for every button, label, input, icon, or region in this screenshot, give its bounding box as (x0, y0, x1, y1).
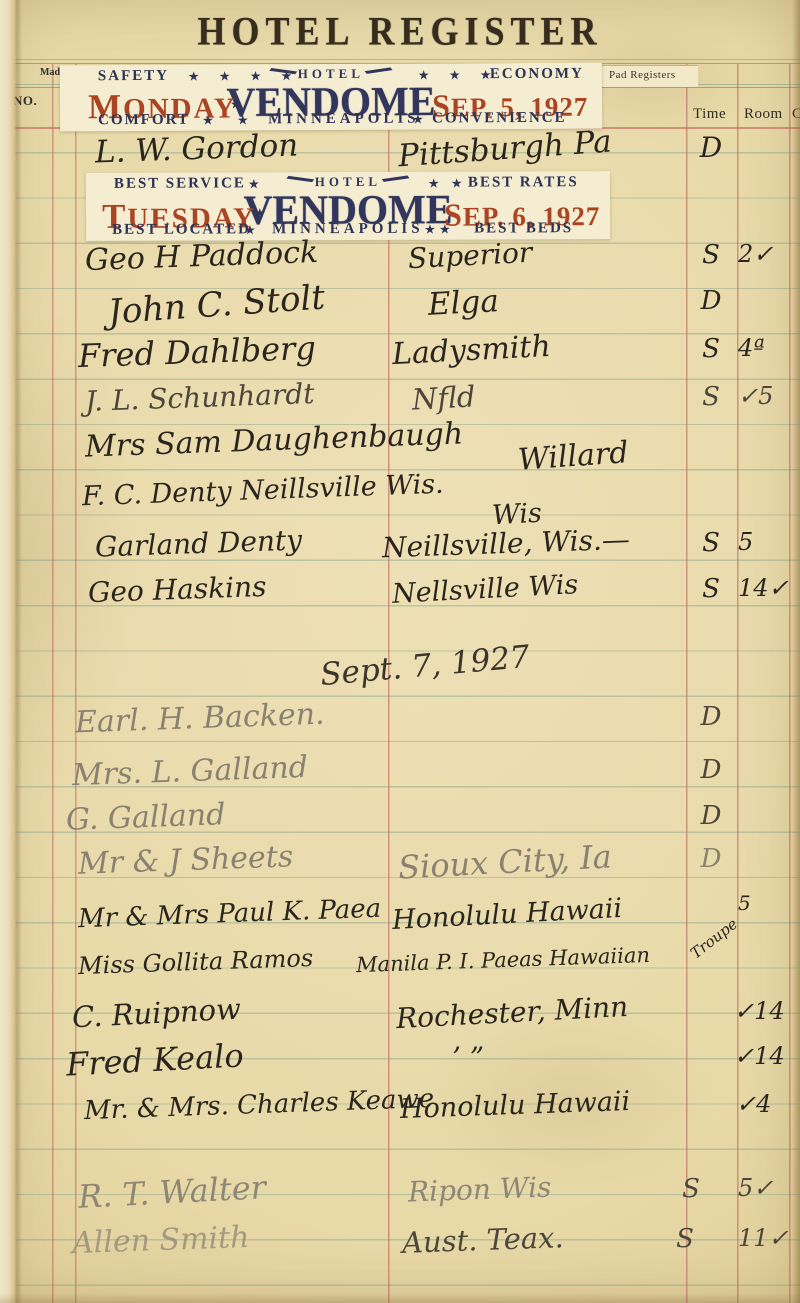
register-row: John C. Stolt Elga D (0, 288, 800, 336)
guest-name: C. Ruipnow (71, 995, 241, 1033)
stamp-star: ★ (412, 112, 424, 128)
guest-name: Fred Dahlberg (78, 332, 317, 372)
guest-city: Neillsville, Wis.— (382, 526, 631, 563)
time-entry: S (688, 242, 734, 268)
register-row: Mr. & Mrs. Charles Keawe Honolulu Hawaii… (0, 1092, 800, 1140)
monday-date-stamp: SAFETY ★ ★ ★ ★ HOTEL VENDOME ★ ★ ★ ECONO… (60, 63, 602, 132)
room-entry: ✓14 (734, 999, 788, 1023)
time-entry: D (688, 846, 734, 872)
guest-name: Miss Gollita Ramos (78, 946, 314, 978)
time-entry: S (688, 530, 734, 556)
register-row: R. T. Walter Ripon Wis S 5✓ (0, 1176, 800, 1224)
guest-name: Garland Denty (95, 526, 303, 561)
guest-name: Geo Haskins (88, 573, 267, 607)
ledger-rule-line (0, 59, 800, 60)
time-entry: S (688, 336, 734, 362)
guest-city: Nellsville Wis (391, 571, 578, 608)
room-entry: ✓14 (734, 1044, 788, 1068)
stamp-slogan: COMFORT (98, 112, 190, 129)
time-entry: S (688, 576, 734, 602)
register-row: Allen Smith Aust. Teax. S 11✓ (0, 1226, 800, 1274)
register-row: Mrs Sam Daughenbaugh Willard (0, 426, 800, 474)
room-entry: 4ª (738, 336, 792, 360)
room-entry: 5✓ (738, 1176, 792, 1200)
time-entry: S (688, 384, 734, 410)
register-row: F. C. Denty Neillsville Wis. Wis (0, 477, 800, 525)
time-column-header: Time (693, 106, 726, 123)
guest-city: Honolulu Hawaii (400, 1088, 631, 1123)
room-entry: 5 (738, 530, 792, 554)
guest-name: John C. Stolt (107, 280, 326, 329)
register-row: Fred Dahlberg Ladysmith S 4ª (0, 336, 800, 384)
guest-name: Mr & J Sheets (78, 842, 294, 879)
stamp-slogan: SAFETY (98, 68, 169, 85)
stamp-stars: ★ ★ (424, 222, 451, 238)
time-entry: D (688, 757, 734, 783)
stamp-star: ★ (244, 222, 256, 238)
guest-city: Wis (491, 500, 542, 530)
register-row: Mr & Mrs Paul K. Paea Honolulu Hawaii 5 (0, 901, 800, 949)
guest-city: Nfld (411, 382, 476, 414)
register-row: Geo H Paddock Superior S 2✓ (0, 242, 800, 290)
room-entry: 5 (738, 893, 792, 913)
stamp-star: ★ (230, 96, 242, 112)
pad-registers-strip: Pad Registers (602, 65, 698, 87)
register-row: G. Galland D (0, 803, 800, 851)
room-column-header: Room (744, 106, 783, 123)
room-entry: ✓4 (736, 1092, 790, 1116)
time-entry: D (688, 288, 734, 314)
register-row: Garland Denty Neillsville, Wis.— S 5 (0, 530, 800, 578)
guest-city: Aust. Teax. (402, 1223, 565, 1258)
guest-city: Rochester, Minn (395, 993, 628, 1033)
page-bottom-edge (0, 1293, 800, 1303)
guest-name: Mr. & Mrs. Charles Keawe (84, 1086, 435, 1124)
room-entry: 14✓ (738, 576, 792, 600)
stamp-slogan: ECONOMY (490, 66, 584, 83)
stamp-stars: ★ ★ (202, 112, 259, 128)
time-entry: S (668, 1176, 714, 1202)
guest-city: Ladysmith (391, 332, 551, 370)
guest-city: Ripon Wis (408, 1174, 552, 1207)
guest-name: Fred Kealo (65, 1039, 244, 1080)
page-right-edge (792, 0, 800, 1303)
guest-name: L. W. Gordon (95, 130, 299, 168)
register-row: L. W. Gordon Pittsburgh Pa D (0, 134, 800, 182)
room-entry: 2✓ (738, 242, 792, 266)
stamp-city: MINNEAPOLIS (268, 111, 420, 129)
stamp-star: ★ (254, 205, 266, 221)
stamp-slogan: CONVENIENCE (432, 110, 567, 128)
guest-name: Earl. H. Backen. (75, 700, 325, 739)
time-entry: S (662, 1226, 708, 1252)
register-row: Geo Haskins Nellsville Wis S 14✓ (0, 576, 800, 624)
guest-name: Mrs. L. Galland (72, 753, 309, 791)
register-row: Earl. H. Backen. D (0, 704, 800, 752)
stamp-stars: ★ ★ ★ (418, 67, 500, 83)
register-page: HOTEL REGISTER NO. Time Room Ch Made Pad… (0, 0, 800, 1303)
time-entry: D (688, 134, 734, 162)
guest-city: Manila P. I. Paeas Hawaiian (356, 945, 651, 976)
guest-name: J. L. Schunhardt (85, 380, 315, 416)
guest-name: Mr & Mrs Paul K. Paea (78, 896, 382, 933)
register-row: C. Ruipnow Rochester, Minn ✓14 (0, 999, 800, 1047)
guest-city: ’ ” (452, 1044, 484, 1072)
guest-city: Sioux City, Ia (397, 840, 612, 883)
stamp-slogan: BEST LOCATED (112, 221, 251, 238)
guest-name: Geo H Paddock (85, 238, 319, 276)
guest-city: Willard (517, 438, 629, 476)
page-title: HOTEL REGISTER (0, 7, 800, 54)
time-entry: D (688, 704, 734, 730)
guest-city: Pittsburgh Pa (397, 127, 612, 173)
page-left-edge (0, 0, 22, 1303)
guest-name: Allen Smith (72, 1223, 250, 1259)
register-row: Miss Gollita Ramos Manila P. I. Paeas Ha… (0, 950, 800, 998)
guest-name: Mrs Sam Daughenbaugh (85, 419, 464, 462)
register-row: Mr & J Sheets Sioux City, Ia D (0, 846, 800, 894)
time-entry: D (688, 803, 734, 829)
stamp-slogan: BEST BEDS (474, 220, 573, 237)
room-entry: 11✓ (738, 1226, 792, 1250)
guest-city: Honolulu Hawaii (391, 895, 622, 934)
guest-name: R. T. Walter (77, 1171, 266, 1213)
guest-name: G. Galland (66, 800, 226, 836)
room-entry: ✓5 (738, 384, 792, 408)
guest-name: F. C. Denty Neillsville Wis. (82, 471, 444, 511)
register-row: Mrs. L. Galland D (0, 757, 800, 805)
guest-city: Superior (407, 239, 533, 273)
pad-registers-label: Pad Registers (609, 69, 676, 81)
guest-city: Elga (427, 286, 499, 321)
